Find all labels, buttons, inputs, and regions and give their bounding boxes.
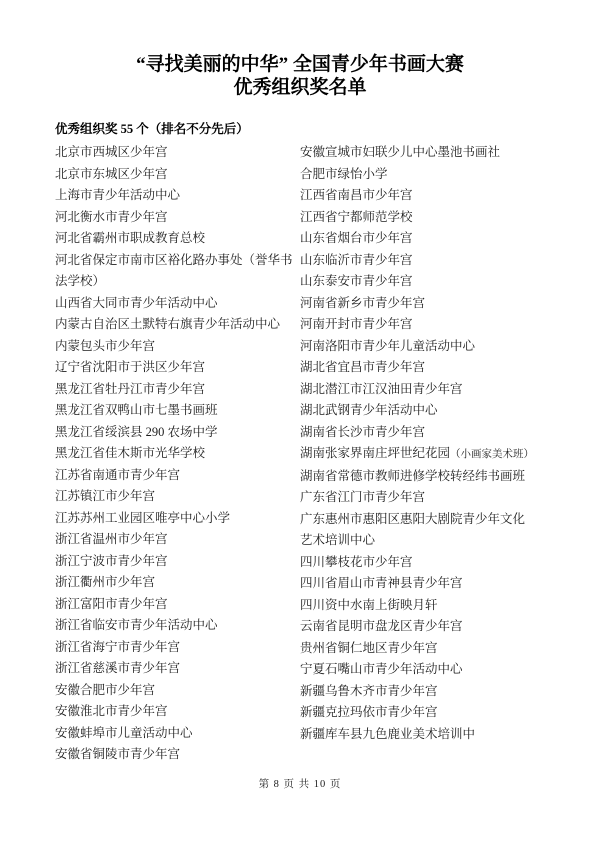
award-entry-line: 江苏省南通市青少年宫 [55,465,297,487]
award-entry-line: 广东省江门市青少年宫 [300,487,548,509]
award-entry-line: 山东临沂市青少年宫 [300,250,548,272]
page-title: “寻找美丽的中华” 全国青少年书画大赛 优秀组织奖名单 [0,53,600,99]
award-entry-line: 黑龙江省绥滨县 290 农场中学 [55,422,297,444]
page-number: 第 8 页 共 10 页 [0,776,600,791]
page-title-line2: 优秀组织奖名单 [0,76,600,99]
award-entry-line: 宁夏石嘴山市青少年活动中心 [300,659,548,681]
award-entry-line: 浙江富阳市青少年宫 [55,594,297,616]
award-entry-line: 黑龙江省牡丹江市青少年宫 [55,379,297,401]
award-entry-line: 浙江省温州市少年宫 [55,529,297,551]
award-entry-line: 法学校） [55,271,297,293]
page-title-line1: “寻找美丽的中华” 全国青少年书画大赛 [0,53,600,76]
award-entry-line: 江苏镇江市少年宫 [55,486,297,508]
award-entry-line: 四川攀枝花市少年宫 [300,552,548,574]
award-count-heading: 优秀组织奖 55 个（排名不分先后） [55,119,249,137]
award-list-column-right: 安徽宣城市妇联少儿中心墨池书画社合肥市绿怡小学江西省南昌市少年宫江西省宁都师范学… [300,142,548,745]
award-entry-line: 安徽蚌埠市儿童活动中心 [55,723,297,745]
award-entry-line: 安徽宣城市妇联少儿中心墨池书画社 [300,142,548,164]
award-entry-line: 山东省烟台市少年宫 [300,228,548,250]
award-entry-line: 河南洛阳市青少年儿童活动中心 [300,336,548,358]
award-entry-line: 浙江省海宁市青少年宫 [55,637,297,659]
award-entry-line: 浙江省慈溪市青少年宫 [55,658,297,680]
award-entry-line: 河北省霸州市职成教育总校 [55,228,297,250]
award-entry-line: 江西省宁都师范学校 [300,207,548,229]
award-entry-line: 新疆乌鲁木齐市青少年宫 [300,681,548,703]
award-entry-line: 四川省眉山市青神县青少年宫 [300,573,548,595]
award-entry-line: 合肥市绿怡小学 [300,164,548,186]
award-entry-line: 北京市东城区少年宫 [55,164,297,186]
award-entry-line: 艺术培训中心 [300,530,548,552]
award-entry-line: 黑龙江省双鸭山市七墨书画班 [55,400,297,422]
award-entry-line: 河北衡水市青少年宫 [55,207,297,229]
award-entry-line: 湖北武钢青少年活动中心 [300,400,548,422]
award-entry-line: 山东泰安市青少年宫 [300,271,548,293]
award-entry-line: 广东惠州市惠阳区惠阳大剧院青少年文化 [300,509,548,531]
award-entry-line: 河南省新乡市青少年宫 [300,293,548,315]
award-entry-line: 北京市西城区少年宫 [55,142,297,164]
award-entry-line: 四川资中水南上街映月轩 [300,595,548,617]
award-list-column-left: 北京市西城区少年宫北京市东城区少年宫上海市青少年活动中心河北衡水市青少年宫河北省… [55,142,297,766]
award-entry-line: 黑龙江省佳木斯市光华学校 [55,443,297,465]
award-entry-line: 安徽合肥市少年宫 [55,680,297,702]
document-page: “寻找美丽的中华” 全国青少年书画大赛 优秀组织奖名单 优秀组织奖 55 个（排… [0,0,600,849]
award-entry-line: 江西省南昌市少年宫 [300,185,548,207]
award-entry-line: 山西省大同市青少年活动中心 [55,293,297,315]
award-entry-line: 河南开封市青少年宫 [300,314,548,336]
award-entry-line: 贵州省铜仁地区青少年宫 [300,638,548,660]
award-entry-line: 安徽淮北市青少年宫 [55,701,297,723]
award-entry-line: 新疆克拉玛依市青少年宫 [300,702,548,724]
award-entry-line: 浙江衢州市少年宫 [55,572,297,594]
award-entry-line: 浙江省临安市青少年活动中心 [55,615,297,637]
award-entry-line: 浙江宁波市青少年宫 [55,551,297,573]
award-entry-line: 湖南省常德市教师进修学校转经纬书画班 [300,466,548,488]
award-entry-line: 安徽省铜陵市青少年宫 [55,744,297,766]
award-entry-line: 新疆库车县九色鹿业美术培训中 [300,724,548,746]
award-entry-line: 内蒙古自治区土默特右旗青少年活动中心 [55,314,297,336]
award-entry-line: 江苏苏州工业园区唯亭中心小学 [55,508,297,530]
award-entry-line: 湖北省宜昌市青少年宫 [300,357,548,379]
award-entry-line: 内蒙包头市少年宫 [55,336,297,358]
award-entry-line: 湖南省长沙市青少年宫 [300,422,548,444]
award-entry-line: 上海市青少年活动中心 [55,185,297,207]
award-entry-line: 云南省昆明市盘龙区青少年宫 [300,616,548,638]
award-entry-line: 湖南张家界南庄坪世纪花园（小画家美术班） [300,443,548,466]
award-entry-line: 辽宁省沈阳市于洪区少年宫 [55,357,297,379]
award-entry-line: 河北省保定市南市区裕化路办事处（誉华书 [55,250,297,272]
award-entry-line: 湖北潜江市江汉油田青少年宫 [300,379,548,401]
